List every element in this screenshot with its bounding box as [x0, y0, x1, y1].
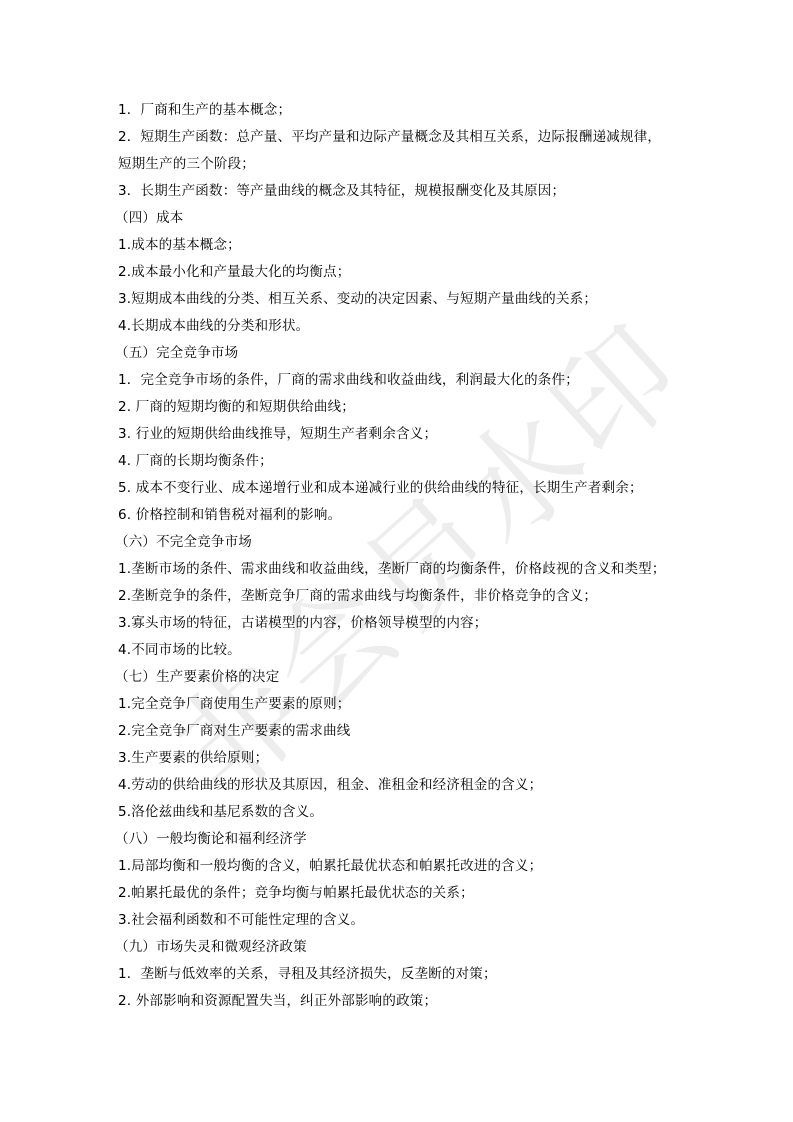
- list-item: 短期生产的三个阶段；: [118, 151, 678, 178]
- section-heading: （八）一般均衡论和福利经济学: [115, 826, 678, 853]
- list-item: 2.完全竞争厂商对生产要素的需求曲线: [118, 718, 678, 745]
- list-item: 2.帕累托最优的条件；竞争均衡与帕累托最优状态的关系；: [118, 880, 678, 907]
- list-item: 1.局部均衡和一般均衡的含义，帕累托最优状态和帕累托改进的含义；: [118, 853, 678, 880]
- list-item: 1．垄断与低效率的关系，寻租及其经济损失，反垄断的对策；: [118, 961, 678, 988]
- list-item: 2.垄断竞争的条件，垄断竞争厂商的需求曲线与均衡条件，非价格竞争的含义；: [118, 583, 678, 610]
- list-item: 5.洛伦兹曲线和基尼系数的含义。: [118, 799, 678, 826]
- list-item: 3．长期生产函数：等产量曲线的概念及其特征，规模报酬变化及其原因；: [118, 178, 678, 205]
- document-body: 1．厂商和生产的基本概念； 2．短期生产函数：总产量、平均产量和边际产量概念及其…: [118, 97, 678, 1015]
- list-item: 2.成本最小化和产量最大化的均衡点；: [118, 259, 678, 286]
- section-heading: （四）成本: [115, 205, 678, 232]
- list-item: 2. 厂商的短期均衡的和短期供给曲线；: [118, 394, 678, 421]
- list-item: 1.垄断市场的条件、需求曲线和收益曲线，垄断厂商的均衡条件，价格歧视的含义和类型…: [118, 556, 678, 583]
- list-item: 2. 外部影响和资源配置失当，纠正外部影响的政策；: [118, 988, 678, 1015]
- list-item: 1．完全竞争市场的条件，厂商的需求曲线和收益曲线，利润最大化的条件；: [118, 367, 678, 394]
- section-heading: （六）不完全竞争市场: [115, 529, 678, 556]
- list-item: 1．厂商和生产的基本概念；: [118, 97, 678, 124]
- list-item: 3.生产要素的供给原则；: [118, 745, 678, 772]
- list-item: 4.劳动的供给曲线的形状及其原因，租金、准租金和经济租金的含义；: [118, 772, 678, 799]
- list-item: 2．短期生产函数：总产量、平均产量和边际产量概念及其相互关系，边际报酬递减规律，: [118, 124, 678, 151]
- list-item: 3.社会福利函数和不可能性定理的含义。: [118, 907, 678, 934]
- list-item: 3. 行业的短期供给曲线推导，短期生产者剩余含义；: [118, 421, 678, 448]
- section-heading: （九）市场失灵和微观经济政策: [115, 934, 678, 961]
- list-item: 4. 厂商的长期均衡条件；: [118, 448, 678, 475]
- list-item: 5. 成本不变行业、成本递增行业和成本递减行业的供给曲线的特征，长期生产者剩余；: [118, 475, 678, 502]
- list-item: 3.短期成本曲线的分类、相互关系、变动的决定因素、与短期产量曲线的关系；: [118, 286, 678, 313]
- list-item: 1.成本的基本概念；: [118, 232, 678, 259]
- list-item: 6. 价格控制和销售税对福利的影响。: [118, 502, 678, 529]
- section-heading: （七）生产要素价格的决定: [115, 664, 678, 691]
- list-item: 4.不同市场的比较。: [118, 637, 678, 664]
- list-item: 3.寡头市场的特征，古诺模型的内容，价格领导模型的内容；: [118, 610, 678, 637]
- list-item: 4.长期成本曲线的分类和形状。: [118, 313, 678, 340]
- section-heading: （五）完全竞争市场: [115, 340, 678, 367]
- list-item: 1.完全竞争厂商使用生产要素的原则；: [118, 691, 678, 718]
